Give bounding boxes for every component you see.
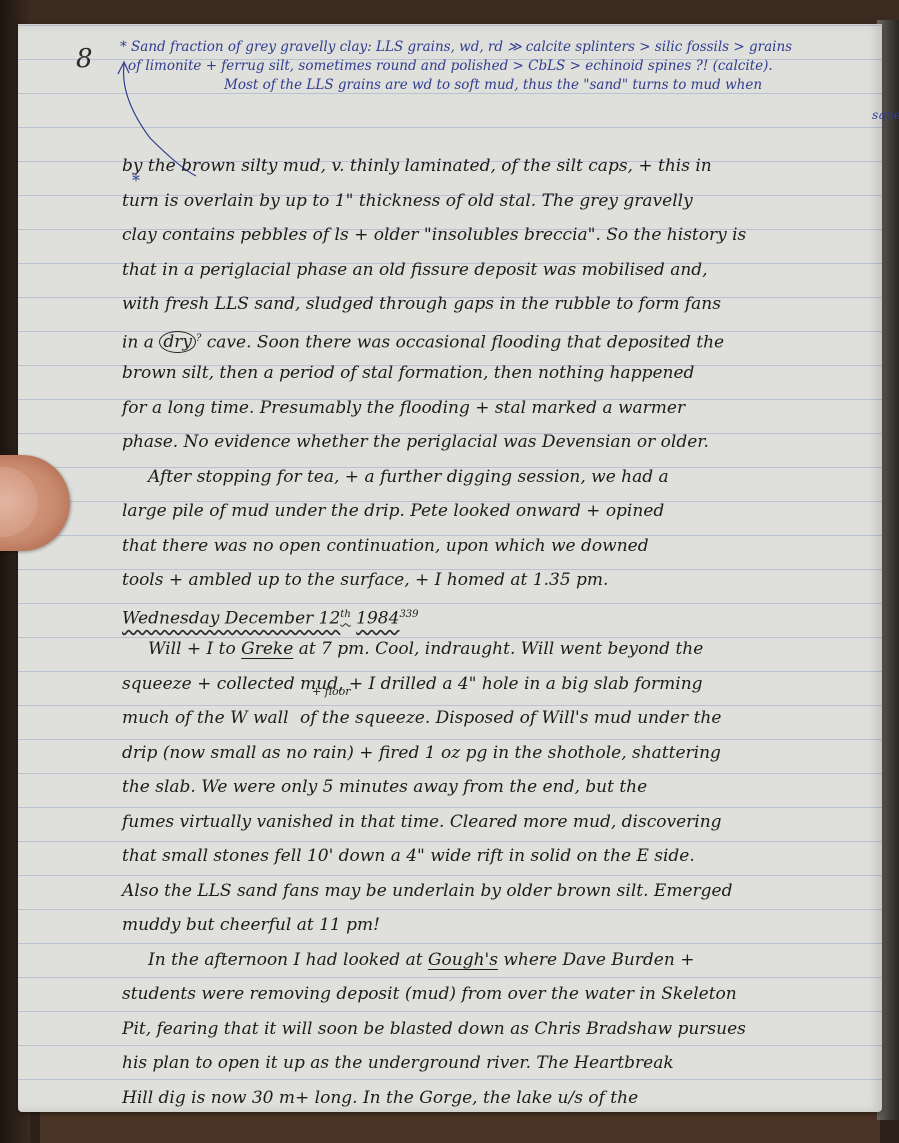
- text-line: the slab. We were only 5 minutes away fr…: [122, 770, 892, 805]
- text-line: in a dry? cave. Soon there was occasiona…: [122, 322, 892, 357]
- text-line: squeeze + collected mud, + I drilled a 4…: [122, 667, 892, 702]
- circled-word: dry: [159, 331, 196, 353]
- note-line: of limonite + ferrug silt, sometimes rou…: [120, 57, 899, 76]
- text-line: Hill dig is now 30 m+ long. In the Gorge…: [122, 1081, 892, 1116]
- text-line: students were removing deposit (mud) fro…: [122, 977, 892, 1012]
- text-line: that small stones fell 10' down a 4" wid…: [122, 839, 892, 874]
- text-line: that there was no open continuation, upo…: [122, 529, 892, 564]
- journal-entry: by the brown silty mud, v. thinly lamina…: [122, 149, 892, 1115]
- text-line: with fresh LLS sand, sludged through gap…: [122, 287, 892, 322]
- text-line: phase. No evidence whether the periglaci…: [122, 425, 892, 460]
- text-line: for a long time. Presumably the flooding…: [122, 391, 892, 426]
- text-line: fumes virtually vanished in that time. C…: [122, 805, 892, 840]
- text-line: his plan to open it up as the undergroun…: [122, 1046, 892, 1081]
- underlined-place: Gough's: [428, 950, 498, 970]
- text-line: After stopping for tea, + a further digg…: [122, 460, 892, 495]
- text-line: muddy but cheerful at 11 pm!: [122, 908, 892, 943]
- text-line: that in a periglacial phase an old fissu…: [122, 253, 892, 288]
- note-line: Most of the LLS grains are wd to soft mu…: [120, 76, 899, 95]
- note-marker: *: [120, 39, 127, 55]
- note-line: * Sand fraction of grey gravelly clay: L…: [120, 38, 899, 57]
- notebook-page: 8 * Sand fraction of grey gravelly clay:…: [18, 24, 882, 1112]
- text-line: Pit, fearing that it will soon be blaste…: [122, 1012, 892, 1047]
- thumbnail-highlight: [0, 467, 38, 537]
- text-line: brown silt, then a period of stal format…: [122, 356, 892, 391]
- text-line: Also the LLS sand fans may be underlain …: [122, 874, 892, 909]
- text-line: large pile of mud under the drip. Pete l…: [122, 494, 892, 529]
- text-line: clay contains pebbles of ls + older "ins…: [122, 218, 892, 253]
- text-line: In the afternoon I had looked at Gough's…: [122, 943, 892, 978]
- text-line: Will + I to Greke at 7 pm. Cool, indraug…: [122, 632, 892, 667]
- note-continuation: squeezed.: [872, 106, 899, 125]
- insertion-text: + floor: [312, 685, 351, 699]
- text-line: tools + ambled up to the surface, + I ho…: [122, 563, 892, 598]
- text-line: much of the W wall + floor of the squeez…: [122, 701, 892, 736]
- date-heading: Wednesday December 12th 1984339: [122, 598, 892, 633]
- text-line: drip (now small as no rain) + fired 1 oz…: [122, 736, 892, 771]
- margin-note: * Sand fraction of grey gravelly clay: L…: [120, 38, 899, 95]
- text-line: turn is overlain by up to 1" thickness o…: [122, 184, 892, 219]
- text-line: by the brown silty mud, v. thinly lamina…: [122, 149, 892, 184]
- page-number: 8: [76, 44, 93, 74]
- underlined-place: Greke: [241, 639, 293, 659]
